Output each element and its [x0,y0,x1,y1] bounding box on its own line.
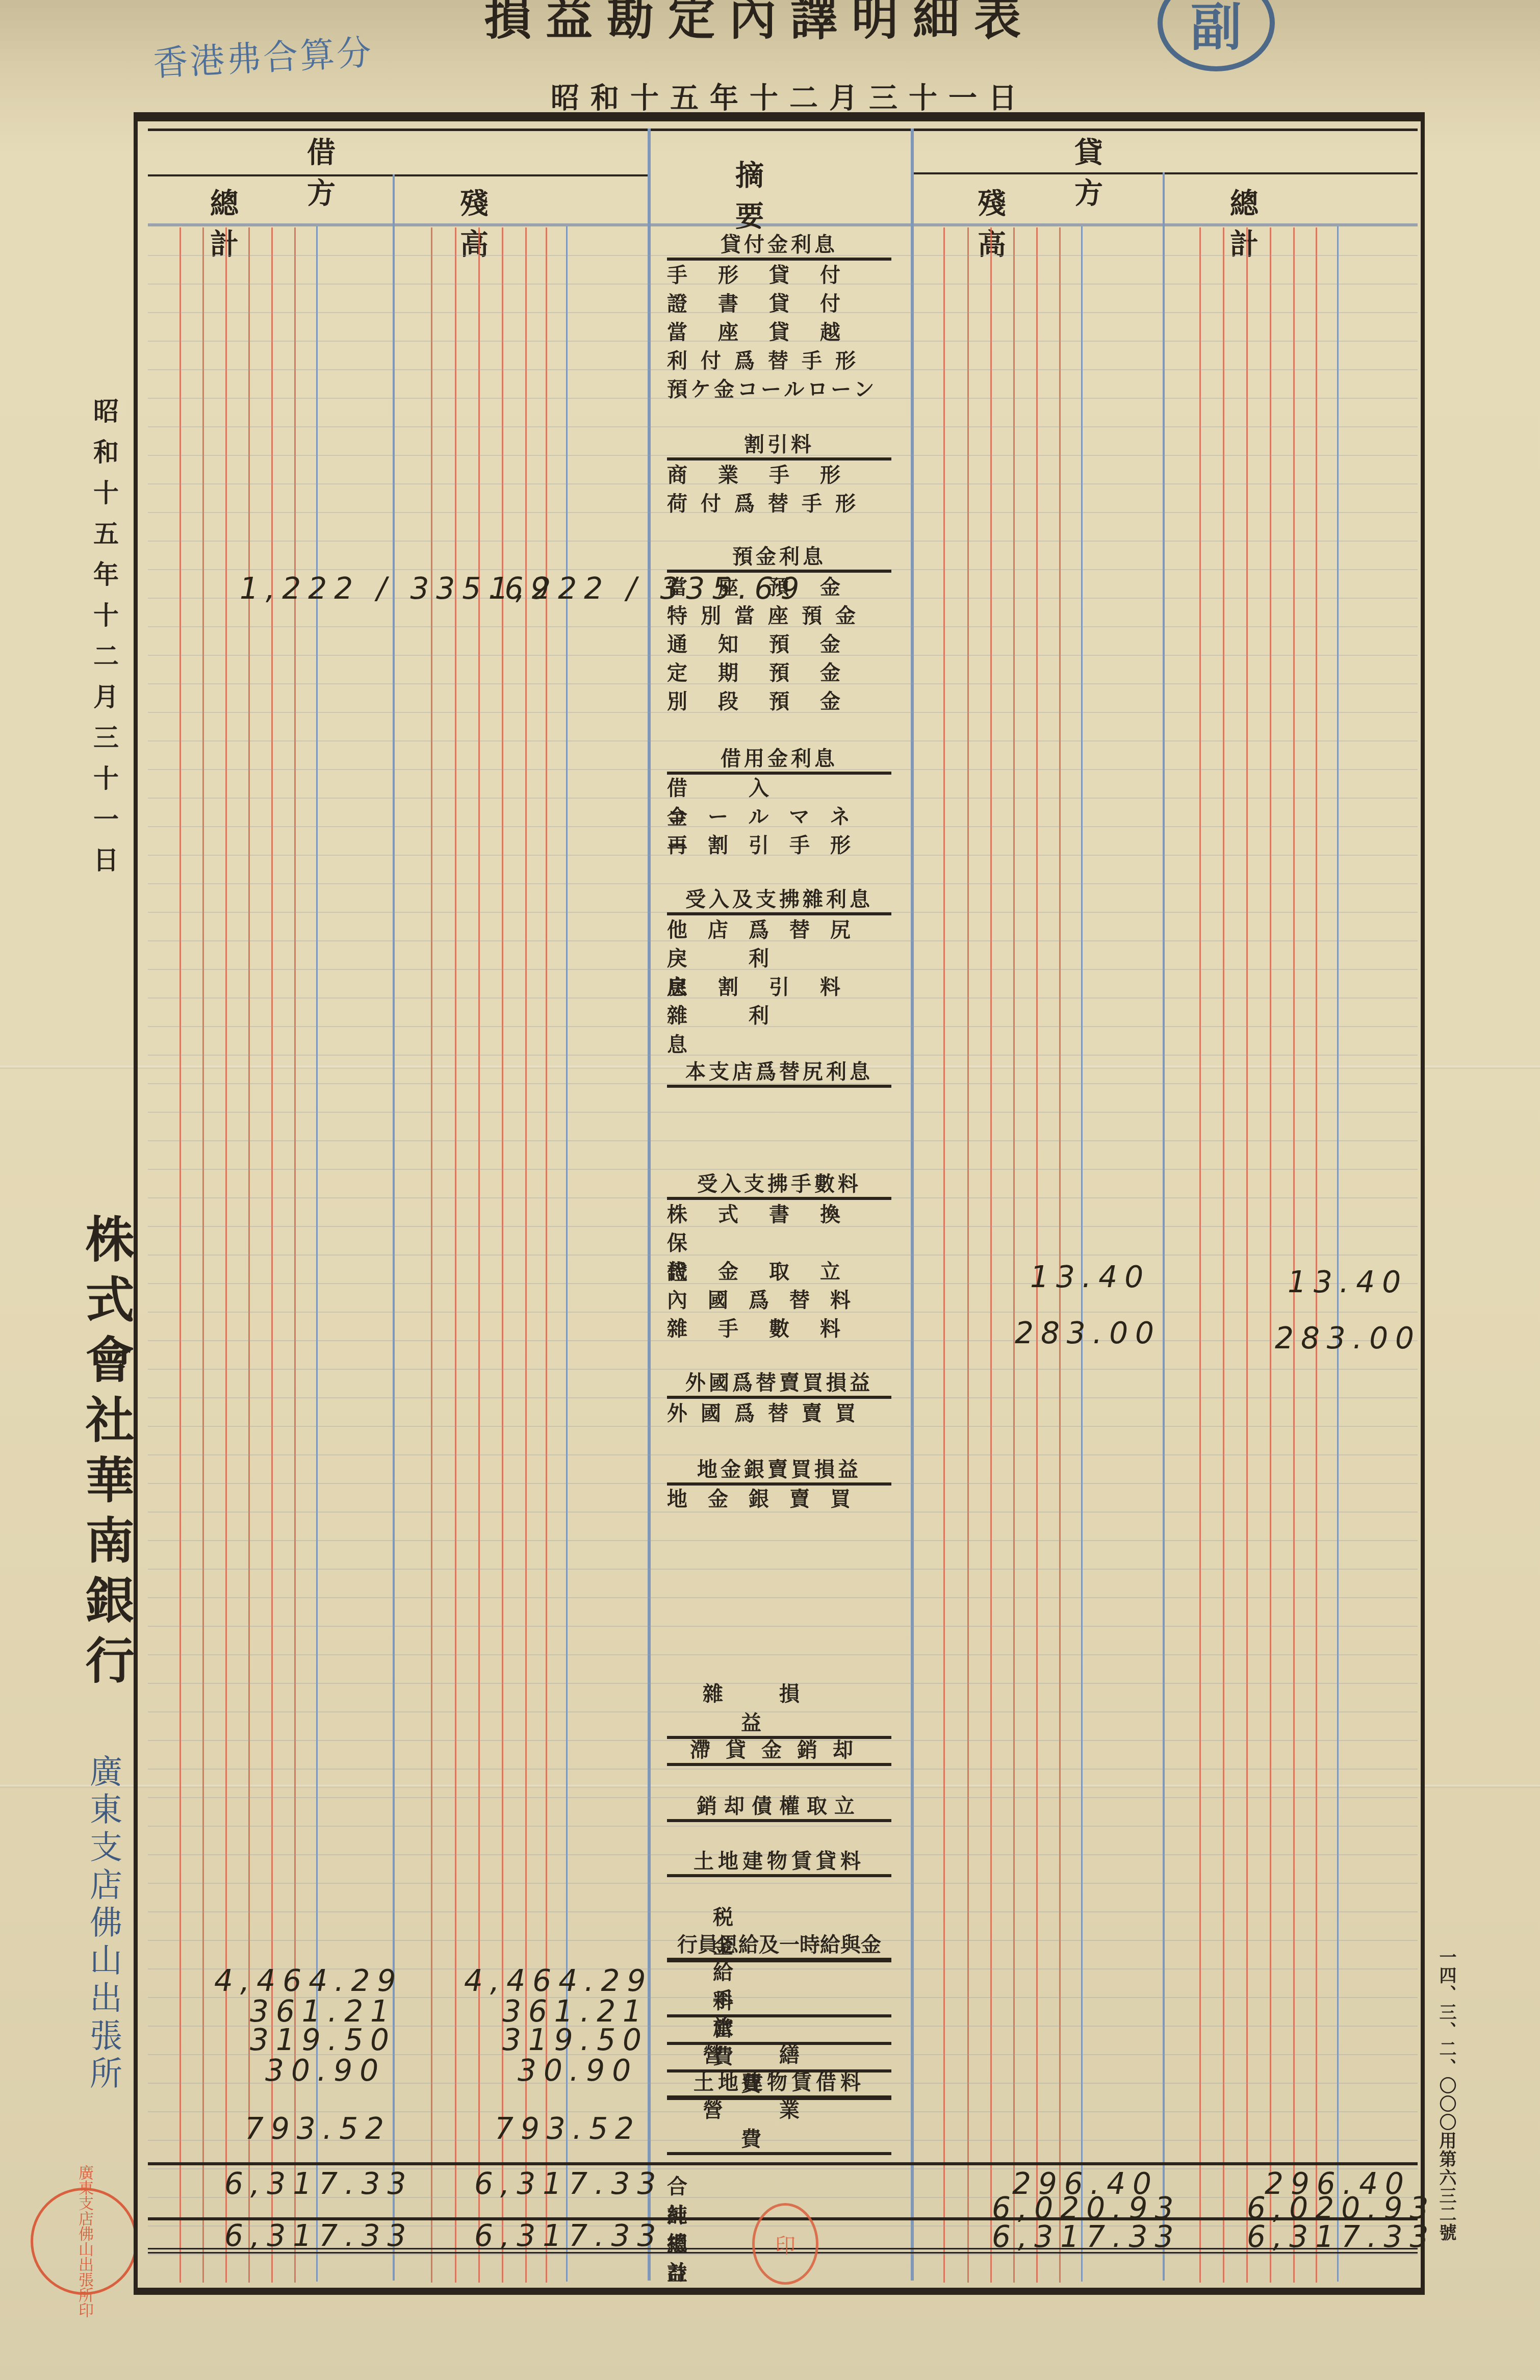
item-label: 商業手形 [667,459,871,488]
item-label: 證書貸付 [667,288,871,317]
summary-item: 手形貸付 [667,259,891,288]
section-head: 受入支拂手數料 [667,1168,891,1200]
item-label: 荷付爲替手形 [667,488,869,517]
item-label: 雜手數料 [667,1313,871,1342]
item-label: 定期預金 [667,657,871,686]
item-label: 戾割引料 [667,971,871,1000]
center-seal-icon: 印 [752,2203,818,2285]
debit-balance-grand: 6,317.33 [474,2218,663,2253]
summary-item: 證書貸付 [667,288,891,317]
seal-text: 印 [775,2230,795,2259]
expense-item: 營業費 [667,2094,891,2155]
credit-total-grand: 6,317.33 [1247,2219,1435,2254]
section-head: 滯貸金銷却 [667,1734,891,1766]
summary-item: 外國爲替賣買 [667,1397,891,1426]
item-label: 再割引手形 [667,829,871,858]
debit-balance-subtotal: 6,317.33 [474,2166,663,2201]
item-label: 利付爲替手形 [667,345,869,374]
seal-text: 廣東支店佛山出張所印 [73,2165,95,2318]
section-head: 雜損益 [667,1678,891,1739]
section-head: 外國爲替賣買損益 [667,1367,891,1399]
debit-total-grand: 6,317.33 [224,2218,413,2253]
section-head: 銷却債權取立 [667,1790,891,1822]
summary-item: 再割引手形 [667,829,891,858]
credit-balance-grand: 6,317.33 [992,2219,1180,2254]
item-label: 當座貸越 [667,316,871,345]
summary-item: 當座貸越 [667,316,891,345]
item-label: 預ケ金コールローン [667,373,877,402]
summary-item: 雜手數料 [667,1313,891,1342]
item-label: 外國爲替賣買 [667,1397,869,1426]
debit-total-travel: 30.90 [265,2053,386,2088]
summary-item: 通知預金 [667,628,891,657]
company-name: 株式會社華南銀行 [71,1214,141,1695]
summary-item: 利付爲替手形 [667,345,891,374]
section-head: 借用金利息 [667,743,891,775]
debit-total-operating: 793.52 [245,2111,391,2146]
item-label: 內國爲替料 [667,1284,871,1313]
section-head: 割引料 [667,428,891,460]
summary-item: 雜利息 [667,1000,891,1058]
credit-balance-collection: 13.40 [1030,1260,1150,1294]
summary-item: 地金銀賣買 [667,1483,891,1512]
summary-item: 荷付爲替手形 [667,488,891,517]
section-head: 貸付金利息 [667,228,891,261]
debit-total-allowance: 319.50 [250,2023,396,2057]
item-label: 株式書換 [667,1198,871,1227]
item-label: 他店爲替尻 [667,914,871,943]
debit-total-subtotal: 6,317.33 [224,2166,413,2201]
credit-balance-misc-fees: 283.00 [1015,1316,1161,1350]
summary-item: 株式書換 [667,1198,891,1227]
section-head: 預金利息 [667,541,891,573]
form-number: 一四、三、二、〇〇〇用第六三二號 [1434,1948,1459,2242]
label: 總 計 [667,2228,1014,2286]
debit-balance-travel: 30.90 [518,2053,638,2088]
summary-item: 戾割引料 [667,971,891,1000]
summary-item: 定期預金 [667,657,891,686]
summary-item: 別段預金 [667,685,891,714]
summary-item: 代金取立 [667,1256,891,1285]
debit-balance-operating: 793.52 [495,2111,641,2146]
credit-total-misc-fees: 283.00 [1275,1321,1421,1355]
debit-balance-allowance: 319.50 [502,2023,649,2057]
summary-item: 他店爲替尻 [667,914,891,943]
credit-total-collection: 13.40 [1288,1265,1408,1299]
section-head: 受入及支拂雜利息 [667,883,891,915]
section-head: 土地建物賃貸料 [667,1845,891,1877]
section-head: 地金銀賣買損益 [667,1453,891,1486]
section-head: 本支店爲替尻利息 [667,1056,891,1088]
debit-total-staff-bonus: 4,464.29 [214,1963,403,1998]
date-line: 昭和十五年十二月三十一日 [551,75,1028,116]
item-label: 地金銀賣買 [667,1483,871,1512]
item-label: 雜利息 [667,1000,891,1058]
summary-item: 預ケ金コールローン [667,373,891,402]
summary-item: 商業手形 [667,459,891,488]
item-label: 別段預金 [667,685,871,714]
item-label: 手形貸付 [667,259,871,288]
document-title: 損益勘定內譯明細表 [484,0,1035,48]
item-label: 通知預金 [667,628,871,657]
item-label: 代金取立 [667,1256,871,1285]
summary-item: 內國爲替料 [667,1284,891,1313]
debit-balance-special-deposit: 1,222 / 335.69 [490,571,806,606]
debit-balance-staff-bonus: 4,464.29 [464,1963,653,1998]
side-date: 昭和十五年十二月三十一日 [86,398,122,887]
branch-name: 廣東支店佛山出張所 [80,1754,126,2094]
subtotal-rule [148,2162,1418,2165]
branch-seal-icon: 廣東支店佛山出張所印 [31,2188,138,2295]
